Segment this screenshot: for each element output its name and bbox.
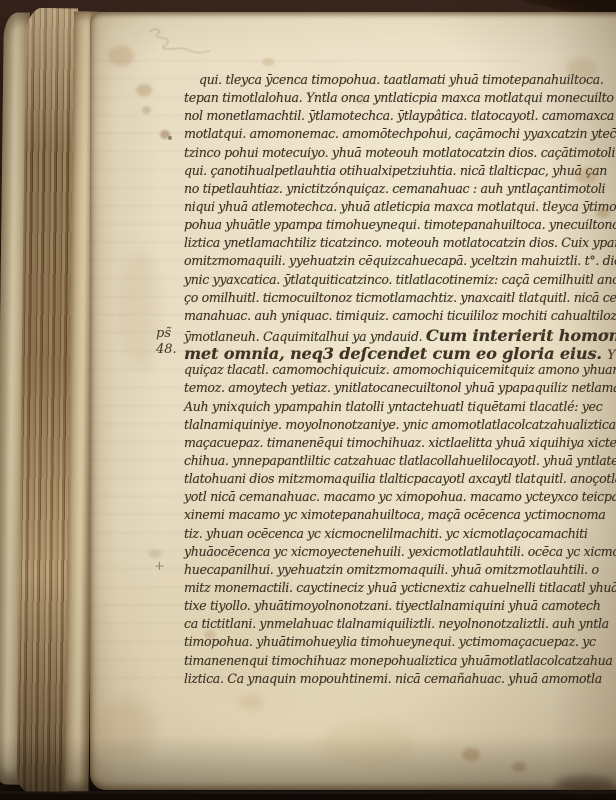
stain: [238, 694, 264, 710]
stain: [136, 84, 152, 96]
nahuatl-text-segment: tepan timotlalohua. Yntla onca yntlaticp…: [184, 90, 614, 105]
manuscript-line: pohua yhuātle ypampa timohueynequi. timo…: [184, 217, 616, 235]
manuscript-line: met omnia, neq3 deſcendet cum eo gloria …: [184, 344, 616, 362]
manuscript-line: nol monetlamachtil. ȳtlamotechca. ȳtlayp…: [184, 108, 616, 126]
manuscript-line: xinemi macamo yc ximotepanahuiltoca, maç…: [184, 507, 616, 525]
nahuatl-text-segment: niqui yhuā atlemotechca. yhuā atleticpia…: [184, 199, 616, 214]
manuscript-line: motlatqui. amomonemac. amomōtechpohui, c…: [184, 126, 616, 144]
manuscript-line: ca tictitlani. ynmelahuac tlalnamiquiliz…: [184, 616, 616, 634]
manuscript-line: niqui yhuā atlemotechca. yhuā atleticpia…: [184, 199, 616, 217]
manuscript-line: quiçaz tlacatl. camomochiquicuiz. amomoc…: [184, 362, 616, 380]
water-stain: [320, 722, 416, 766]
text-block: qui. tleyca ȳcenca timopohua. taatlamati…: [184, 72, 616, 689]
manuscript-line: timopohua. yhuātimohueylia timohueynequi…: [184, 634, 616, 652]
nahuatl-text-segment: chihua. ynnepapantliltic catzahuac tlatl…: [184, 453, 616, 468]
nahuatl-text-segment: tixe tiyollo. yhuātimoyolnonotzani. tiye…: [184, 598, 601, 613]
corner-shadow: [556, 776, 616, 792]
stain: [148, 550, 162, 558]
manuscript-line: qui. tleyca ȳcenca timopohua. taatlamati…: [184, 72, 616, 90]
stain: [566, 58, 596, 80]
nahuatl-text-segment: timanenenqui timochihuaz monepohualiztic…: [184, 653, 613, 668]
nahuatl-text-segment: no tipetlauhtiaz. ynictitzónquiçaz. cema…: [184, 181, 605, 196]
manuscript-line: qui. çanotihualpetlauhtia otihualxipetzi…: [184, 163, 616, 181]
nahuatl-text-segment: mitz monemactili. cayctineciz yhuā yctic…: [184, 580, 616, 595]
speck: [604, 332, 609, 336]
manuscript-line: Auh ynixquich ypampahin tlatolli yntacte…: [184, 399, 616, 417]
stain: [576, 168, 598, 184]
nahuatl-text-segment: nol monetlamachtil. ȳtlamotechca. ȳtlayp…: [184, 108, 614, 123]
manuscript-line: omitzmomaquili. yyehuatzin cēquizcahueca…: [184, 253, 616, 271]
manuscript-line: ço omilhuitl. ticmocuiltonoz ticmotlamac…: [184, 290, 616, 308]
nahuatl-text-segment: qui. çanotihualpetlauhtia otihualxipetzi…: [184, 163, 607, 178]
manuscript-line: maçacuepaz. timanenēqui timochihuaz. xic…: [184, 435, 616, 453]
nahuatl-text-segment: qui. tleyca ȳcenca timopohua. taatlamati…: [199, 72, 603, 87]
manuscript-line: tlatohuani dios mitzmomaquilia tlalticpa…: [184, 471, 616, 489]
nahuatl-text-segment: ca tictitlani. ynmelahuac tlalnamiquiliz…: [184, 616, 609, 631]
nahuatl-text-segment: quiçaz tlacatl. camomochiquicuiz. amomoc…: [184, 362, 616, 377]
manuscript-photo: ps̃ 48. + qui. tleyca ȳcenca timopohua. …: [0, 0, 616, 800]
nahuatl-text-segment: omitzmomaquili. yyehuatzin cēquizcahueca…: [184, 253, 616, 268]
nahuatl-text-segment: liztica ynetlamachtiliz ticatzinco. mote…: [184, 235, 616, 250]
nahuatl-text-segment: xinemi macamo yc ximotepanahuiltoca, maç…: [184, 507, 605, 522]
nahuatl-text-segment: Auh ynixquich ypampahin tlatolli yntacte…: [184, 399, 602, 414]
manuscript-line: timanenenqui timochihuaz monepohualiztic…: [184, 653, 616, 671]
book-fore-edge: [0, 7, 98, 794]
nahuatl-text-segment: tlalnamiquiniye. moyolnonotzaniye. ynic …: [184, 417, 616, 432]
manuscript-line: mitz monemactili. cayctineciz yhuā yctic…: [184, 580, 616, 598]
nahuatl-text-segment: maçacuepaz. timanenēqui timochihuaz. xic…: [184, 435, 616, 450]
manuscript-line: huecapanilhui. yyehuatzin omitzmomaquili…: [184, 562, 616, 580]
stain: [512, 762, 526, 772]
latin-quote-segment: Cum interierit homonōſu: [426, 326, 616, 345]
manuscript-line: yotl nicā cemanahuac. macamo yc ximopohu…: [184, 489, 616, 507]
manuscript-line: manahuac. auh yniquac. timiquiz. camochi…: [184, 308, 616, 326]
nahuatl-text-segment: tzinco pohui motecuiyo. yhuā moteouh mot…: [184, 145, 616, 160]
stain: [120, 250, 160, 370]
nahuatl-text-segment: yotl nicā cemanahuac. macamo yc ximopohu…: [184, 489, 616, 504]
nahuatl-text-segment: manahuac. auh yniquac. timiquiz. camochi…: [184, 308, 616, 323]
manuscript-line: liztica. Ca ynaquin mopouhtinemi. nicā c…: [184, 671, 616, 689]
manuscript-line: ynic yyaxcatica. ȳtlatquiticatzinco. tit…: [184, 272, 616, 290]
manuscript-line: tlalnamiquiniye. moyolnonotzaniye. ynic …: [184, 417, 616, 435]
bottom-board-rim: [0, 791, 616, 794]
stain: [142, 106, 151, 114]
nahuatl-text-segment: Yniquac miquiz tzō: [607, 347, 616, 362]
stain: [596, 208, 610, 218]
manuscript-line: yhuāocēcenca yc xicmoyectenehuili. yexic…: [184, 544, 616, 562]
nahuatl-text-segment: tiz. yhuan ocēcenca yc xicmocnelilmachit…: [184, 526, 588, 541]
nahuatl-text-segment: timopohua. yhuātimohueylia timohueynequi…: [184, 634, 596, 649]
stain: [262, 58, 274, 66]
manuscript-line: liztica ynetlamachtiliz ticatzinco. mote…: [184, 235, 616, 253]
manuscript-line: tiz. yhuan ocēcenca yc xicmocnelilmachit…: [184, 526, 616, 544]
nahuatl-text-segment: yhuāocēcenca yc xicmoyectenehuili. yexic…: [184, 544, 616, 559]
speck: [168, 136, 172, 140]
nahuatl-text-segment: temoz. amoytech yetiaz. ynitlatocanecuil…: [184, 380, 616, 395]
nahuatl-text-segment: huecapanilhui. yyehuatzin omitzmomaquili…: [184, 562, 599, 577]
nahuatl-text-segment: liztica. Ca ynaquin mopouhtinemi. nicā c…: [184, 671, 602, 686]
stain: [462, 748, 480, 761]
manuscript-line: tixe tiyollo. yhuātimoyolnonotzani. tiye…: [184, 598, 616, 616]
nahuatl-text-segment: pohua yhuātle ypampa timohueynequi. timo…: [184, 217, 616, 232]
manuscript-line: temoz. amoytech yetiaz. ynitlatocanecuil…: [184, 380, 616, 398]
marginal-psalm-number: 48.: [156, 342, 186, 358]
manuscript-line: tzinco pohui motecuiyo. yhuā moteouh mot…: [184, 145, 616, 163]
stain: [96, 698, 156, 758]
stain: [108, 46, 134, 66]
margin-cross-mark: +: [154, 559, 165, 574]
marginal-psalm-abbrev: ps̃: [156, 326, 186, 342]
manuscript-line: tepan timotlalohua. Yntla onca yntlaticp…: [184, 90, 616, 108]
nahuatl-text-segment: tlatohuani dios mitzmomaquilia tlalticpa…: [184, 471, 616, 486]
latin-quote-segment: met omnia, neq3 deſcendet cum eo gloria …: [184, 344, 607, 363]
stain: [356, 96, 366, 104]
nahuatl-text-segment: ço omilhuitl. ticmocuiltonoz ticmotlamac…: [184, 290, 616, 305]
manuscript-line: ȳmotlaneuh. Caquimitalhui ya yndauid. Cu…: [184, 326, 616, 344]
nahuatl-text-segment: motlatqui. amomonemac. amomōtechpohui, c…: [184, 126, 616, 141]
manuscript-line: chihua. ynnepapantliltic catzahuac tlatl…: [184, 453, 616, 471]
manuscript-line: no tipetlauhtiaz. ynictitzónquiçaz. cema…: [184, 181, 616, 199]
stain: [204, 630, 216, 639]
nahuatl-text-segment: ynic yyaxcatica. ȳtlatquiticatzinco. tit…: [184, 272, 616, 287]
nahuatl-text-segment: ȳmotlaneuh. Caquimitalhui ya yndauid.: [184, 329, 426, 344]
marginal-note-psalm: ps̃ 48.: [156, 326, 186, 358]
